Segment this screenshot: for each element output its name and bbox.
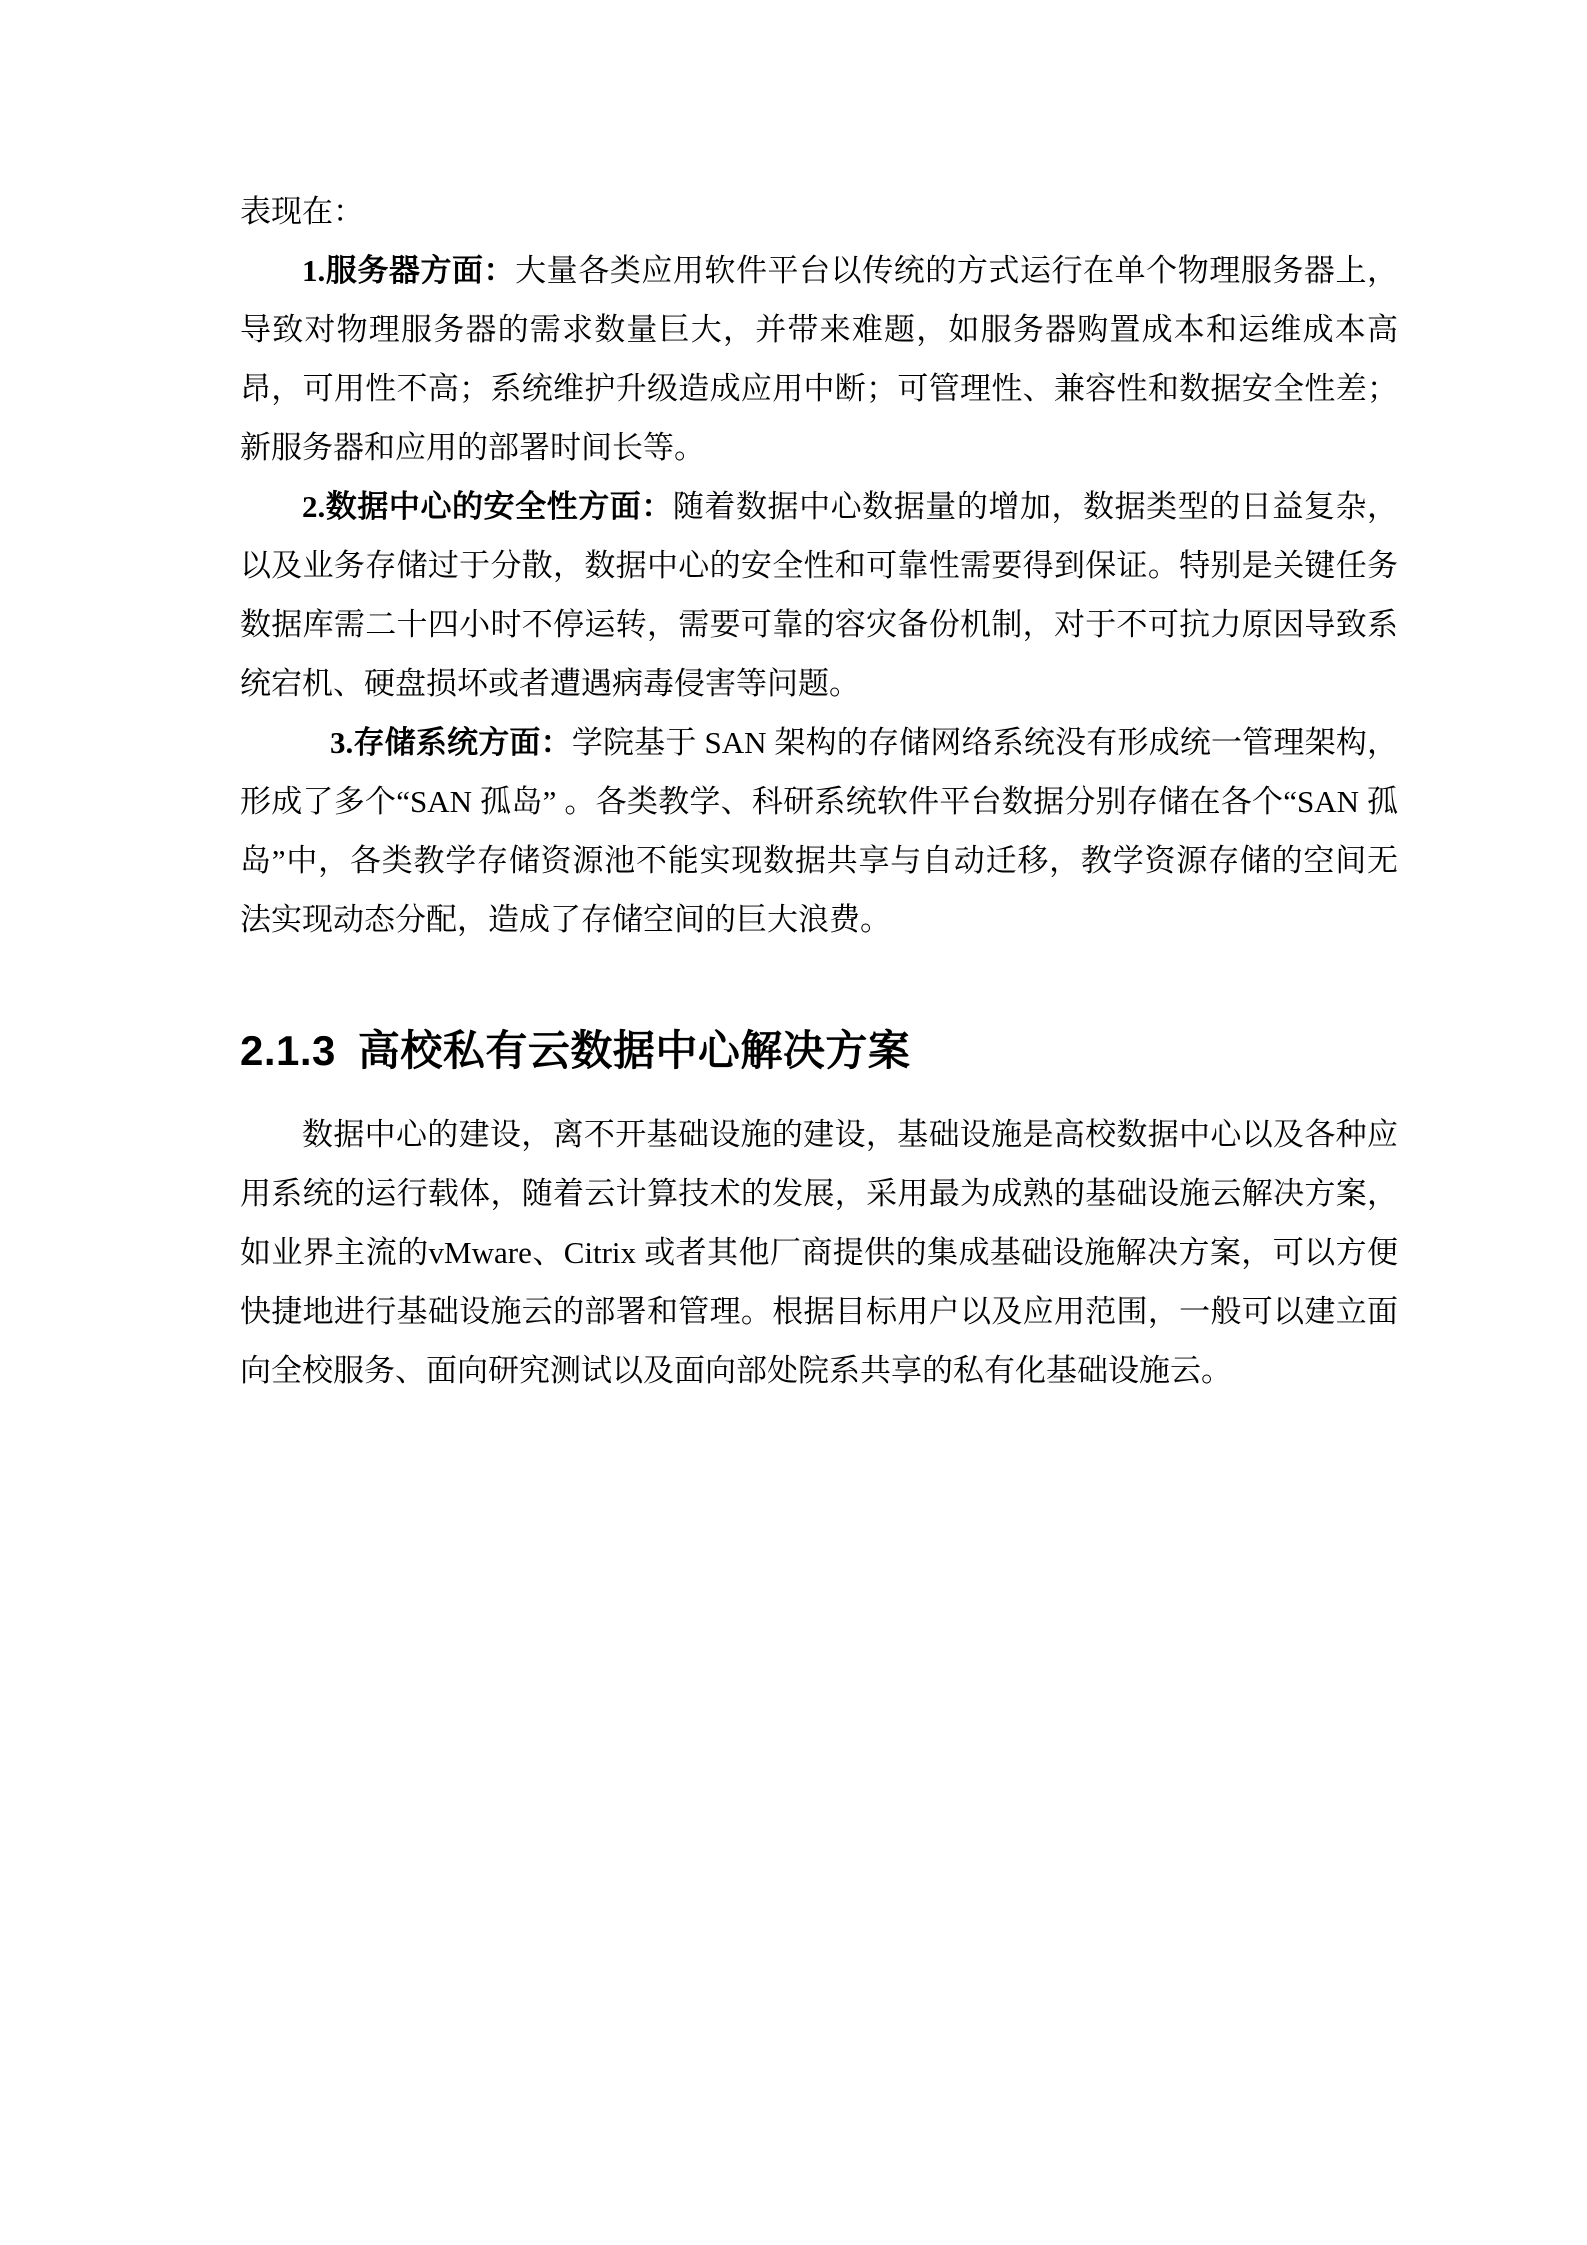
section-heading: 2.1.3高校私有云数据中心解决方案: [240, 1027, 1398, 1075]
section-heading-title: 高校私有云数据中心解决方案: [358, 1027, 911, 1074]
closing-paragraph-text: 数据中心的建设，离不开基础设施的建设，基础设施是高校数据中心以及各种应用系统的运…: [240, 1117, 1398, 1388]
paragraph-security-lead: 2.数据中心的安全性方面：: [302, 489, 673, 524]
paragraph-server-aspect: 1.服务器方面：大量各类应用软件平台以传统的方式运行在单个物理服务器上，导致对物…: [240, 241, 1398, 477]
closing-paragraph: 数据中心的建设，离不开基础设施的建设，基础设施是高校数据中心以及各种应用系统的运…: [240, 1105, 1398, 1400]
intro-text: 表现在：: [240, 194, 364, 229]
page-content: 表现在： 1.服务器方面：大量各类应用软件平台以传统的方式运行在单个物理服务器上…: [240, 182, 1398, 1400]
paragraph-security-aspect: 2.数据中心的安全性方面：随着数据中心数据量的增加，数据类型的日益复杂，以及业务…: [240, 477, 1398, 713]
document-page: 表现在： 1.服务器方面：大量各类应用软件平台以传统的方式运行在单个物理服务器上…: [0, 0, 1587, 2245]
paragraph-storage-aspect: 3.存储系统方面：学院基于 SAN 架构的存储网络系统没有形成统一管理架构，形成…: [240, 713, 1398, 949]
intro-paragraph: 表现在：: [240, 182, 1398, 241]
paragraph-server-lead: 1.服务器方面：: [302, 253, 515, 288]
section-heading-number: 2.1.3: [240, 1027, 336, 1074]
paragraph-storage-lead: 3.存储系统方面：: [330, 725, 572, 760]
